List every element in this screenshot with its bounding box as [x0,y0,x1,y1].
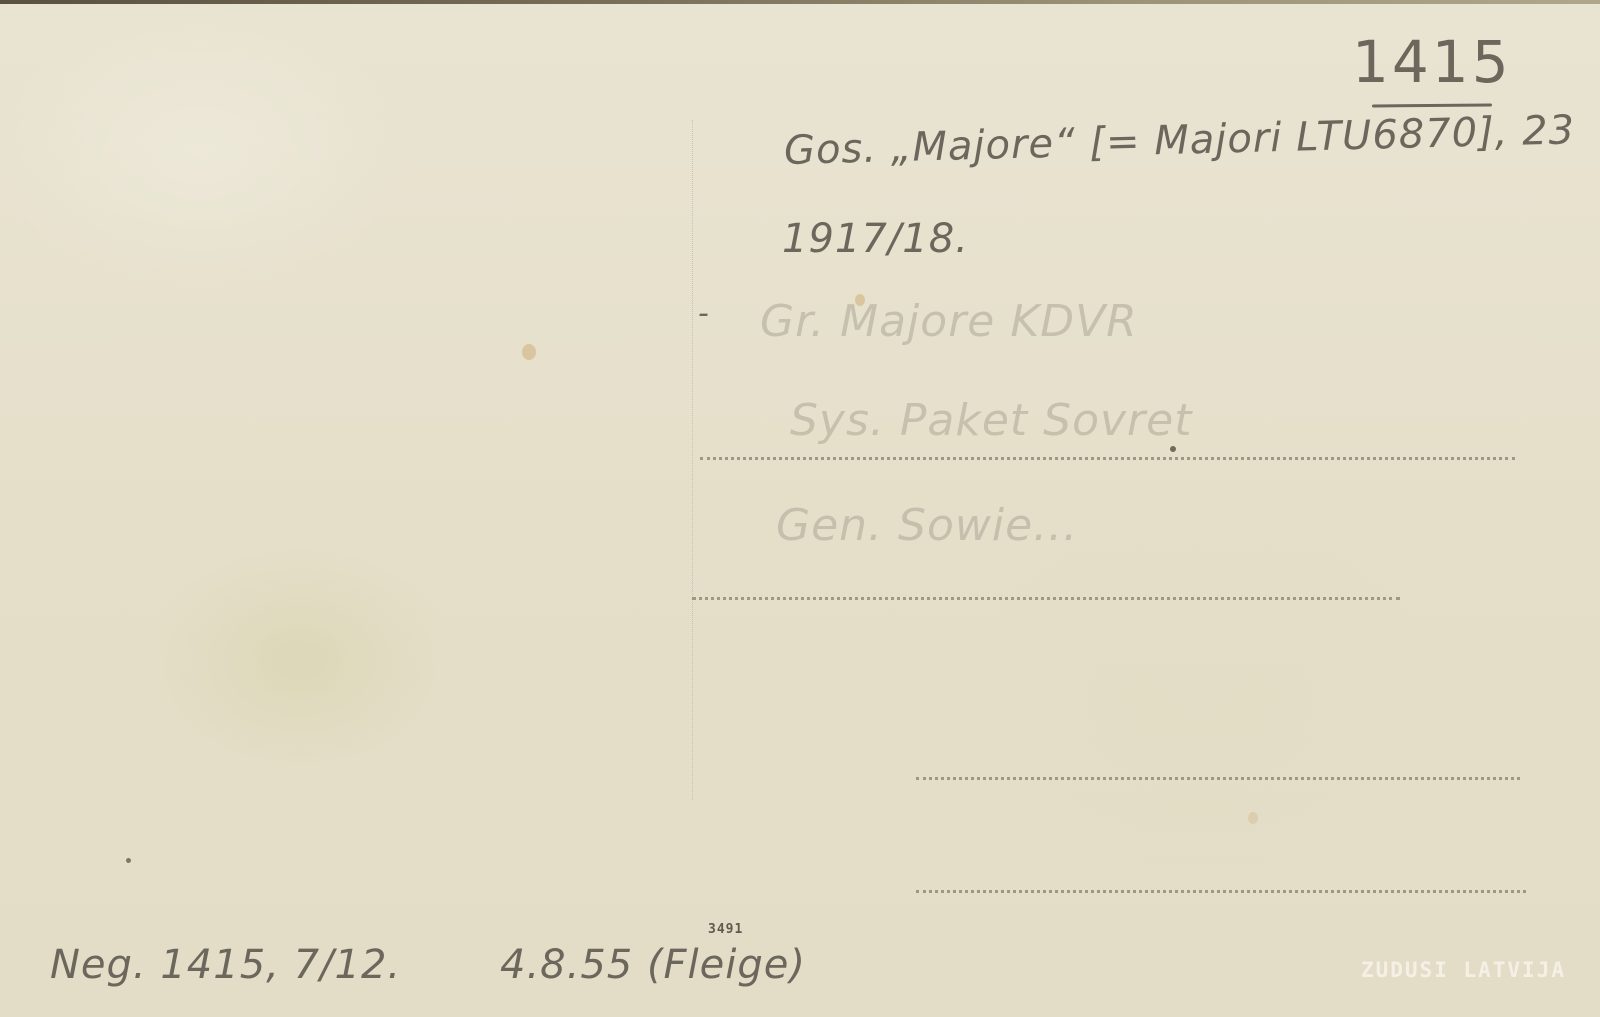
scan-top-edge [0,0,1600,4]
address-line-3 [916,777,1520,780]
caption-line-2: 1917/18. [782,216,969,262]
faint-line-1: Gr. Majore KDVR [760,296,1138,347]
watermark: ZUDUSI LATVIJA [1361,958,1566,982]
postcard-divider [692,120,693,800]
paper-stain [126,858,131,863]
postcard-back: 1415 Gos. „Majore“ [= Majori LTU6870], 2… [0,0,1600,1017]
address-line-2 [692,597,1400,600]
paper-stain [1170,446,1176,452]
address-line-1 [700,457,1515,460]
address-line-4 [916,890,1526,893]
faint-line-3: Gen. Sowie... [776,500,1078,551]
date-note: 4.8.55 (Fleige) [500,942,806,988]
archive-number: 1415 [1352,28,1512,96]
paper-stain [1248,812,1258,824]
negative-note: Neg. 1415, 7/12. [50,942,401,988]
paper-stain [522,344,536,360]
faint-dash: - [698,296,710,331]
faint-line-2: Sys. Paket Sovret [790,395,1192,446]
caption-line-1: Gos. „Majore“ [= Majori LTU6870], 23 [783,107,1575,174]
archive-number-underline [1372,103,1492,107]
print-code: 3491 [708,922,743,937]
